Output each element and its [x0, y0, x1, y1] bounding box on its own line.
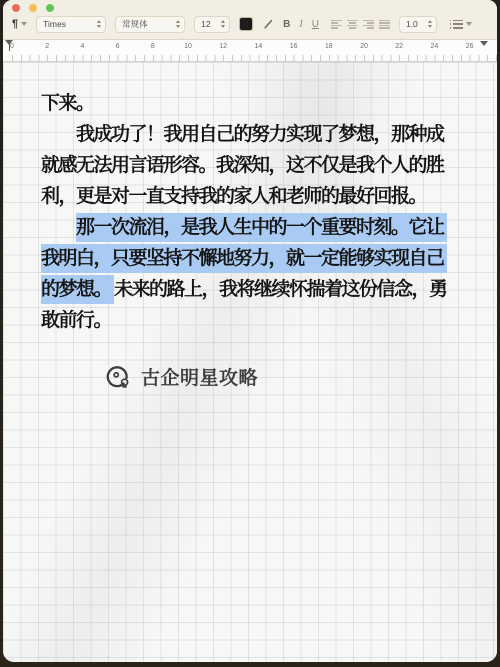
list-style-control[interactable]: [450, 20, 472, 29]
text-segment: 我成功了！我用自己的努力实现了梦想，那种成: [76, 124, 444, 145]
selected-text: 的梦想。: [41, 275, 114, 304]
font-family-select[interactable]: Times: [36, 16, 106, 33]
window-header: ¶ Times 常规体 12 B I: [3, 0, 497, 40]
watermark: 古企明星攻略: [103, 361, 497, 391]
ruler-tick-label: 16: [290, 43, 298, 50]
align-center-icon[interactable]: [347, 20, 358, 29]
stepper-icon: [428, 20, 432, 28]
traffic-lights: [12, 4, 54, 12]
minimize-button[interactable]: [29, 4, 37, 12]
close-button[interactable]: [12, 4, 20, 12]
italic-button[interactable]: I: [299, 19, 302, 30]
text-line[interactable]: 那一次流泪，是我人生中的一个重要时刻。它让: [41, 212, 469, 243]
typeface-select[interactable]: 常规体: [115, 16, 185, 33]
ruler-tick-label: 22: [395, 43, 403, 50]
font-size-stepper[interactable]: 12: [194, 16, 230, 33]
text-line[interactable]: 敢前行。: [41, 305, 469, 336]
line-spacing-stepper[interactable]: 1.0: [399, 16, 437, 33]
typeface-value: 常规体: [122, 18, 148, 30]
right-indent-marker[interactable]: [480, 41, 488, 46]
paragraph-style-control[interactable]: ¶: [12, 19, 27, 30]
chevron-down-icon: [466, 22, 472, 26]
text-line[interactable]: 下来。: [41, 88, 469, 119]
text-segment: 敢前行。: [41, 310, 111, 331]
stepper-icon: [97, 20, 101, 28]
font-size-value: 12: [201, 19, 210, 29]
ruler-tick-label: 0: [10, 43, 14, 50]
format-toolbar: ¶ Times 常规体 12 B I: [3, 13, 497, 39]
bullet-list-icon: [450, 20, 463, 29]
ruler-tick-label: 18: [325, 43, 333, 50]
watermark-logo-icon: [103, 361, 133, 391]
text-segment: 就感无法用言语形容。我深知，这不仅是我个人的胜: [41, 155, 444, 176]
text-line[interactable]: 的梦想。未来的路上，我将继续怀揣着这份信念，勇: [41, 274, 469, 305]
pen-style-icon[interactable]: [262, 18, 274, 30]
document-page[interactable]: 下来。我成功了！我用自己的努力实现了梦想，那种成就感无法用言语形容。我深知，这不…: [3, 62, 497, 662]
word-processor-window: ¶ Times 常规体 12 B I: [3, 0, 497, 662]
chevron-down-icon: [21, 22, 27, 26]
bold-button[interactable]: B: [283, 19, 290, 30]
paragraph-mark-icon: ¶: [12, 19, 18, 30]
zoom-button[interactable]: [46, 4, 54, 12]
stepper-icon: [176, 20, 180, 28]
text-line[interactable]: 我成功了！我用自己的努力实现了梦想，那种成: [41, 119, 469, 150]
alignment-group: [331, 20, 390, 29]
underline-button[interactable]: U: [312, 19, 319, 30]
text-segment: 下来。: [41, 93, 94, 114]
ruler-tick-label: 24: [430, 43, 438, 50]
ruler-ticks: [12, 55, 497, 61]
ruler-tick-label: 2: [45, 43, 49, 50]
text-line[interactable]: 我明白，只要坚持不懈地努力，就一定能够实现自己: [41, 243, 469, 274]
line-spacing-value: 1.0: [406, 19, 418, 29]
align-right-icon[interactable]: [363, 20, 374, 29]
text-line[interactable]: 就感无法用言语形容。我深知，这不仅是我个人的胜: [41, 150, 469, 181]
text-segment: 未来的路上，我将继续怀揣着这份信念，勇: [114, 279, 447, 300]
ruler-tick-label: 10: [184, 43, 192, 50]
align-justify-icon[interactable]: [379, 20, 390, 29]
text-line[interactable]: 利，更是对一直支持我的家人和老师的最好回报。: [41, 181, 469, 212]
font-family-value: Times: [43, 19, 66, 29]
ruler-tick-label: 26: [466, 43, 474, 50]
ruler-tick-label: 8: [151, 43, 155, 50]
selected-text: 我明白，只要坚持不懈地努力，就一定能够实现自己: [41, 244, 447, 273]
ruler-tick-label: 6: [116, 43, 120, 50]
ruler[interactable]: 02468101214161820222426: [3, 40, 497, 62]
text-segment: 利，更是对一直支持我的家人和老师的最好回报。: [41, 186, 426, 207]
ruler-tick-label: 14: [254, 43, 262, 50]
document-text[interactable]: 下来。我成功了！我用自己的努力实现了梦想，那种成就感无法用言语形容。我深知，这不…: [3, 62, 497, 336]
ruler-tick-label: 12: [219, 43, 227, 50]
stepper-icon: [221, 20, 225, 28]
text-color-well[interactable]: [239, 17, 253, 31]
selected-text: 那一次流泪，是我人生中的一个重要时刻。它让: [76, 213, 447, 242]
watermark-label: 古企明星攻略: [141, 363, 258, 390]
title-bar: [3, 0, 497, 13]
align-left-icon[interactable]: [331, 20, 342, 29]
ruler-tick-label: 20: [360, 43, 368, 50]
ruler-tick-label: 4: [80, 43, 84, 50]
